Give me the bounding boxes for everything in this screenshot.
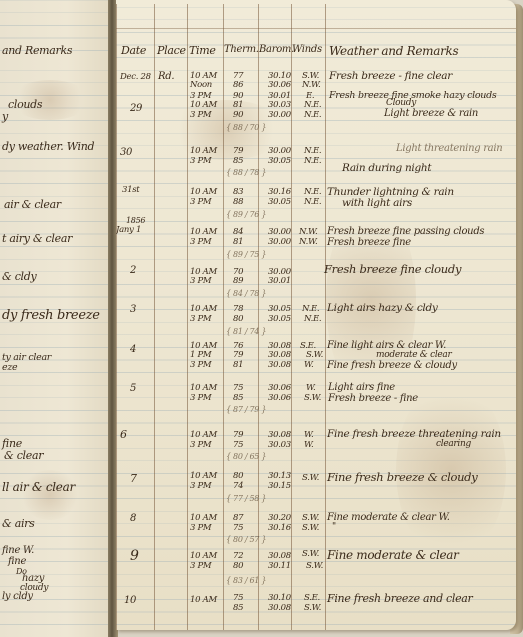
left-heading-fragment: and Remarks (2, 44, 72, 57)
reading-wind: N.W. (299, 238, 317, 247)
reading-wind: N.E. (304, 157, 321, 166)
left-line: y (2, 110, 8, 123)
reading-wind: S.E. (304, 594, 320, 603)
reading-wind: N.E. (304, 188, 321, 197)
entry-remark: Light breeze & rain (384, 108, 478, 119)
header-place: Place (157, 44, 186, 57)
reading-barom: 30.01 (268, 277, 291, 286)
reading-time: 3 PM (190, 198, 211, 207)
entry-date: 10 (124, 596, 136, 605)
reading-therm: 75 (233, 524, 243, 533)
reading-time: 10 AM (190, 431, 217, 440)
entry-remark: with light airs (342, 197, 412, 209)
entry-date: 4 (130, 345, 136, 354)
therm-range: { 88 / 78 } (226, 168, 266, 177)
reading-time: 3 PM (190, 482, 211, 491)
reading-therm: 79 (233, 351, 243, 360)
reading-wind: S.W. (302, 474, 319, 483)
reading-wind: W. (304, 441, 313, 450)
reading-barom: 30.05 (268, 315, 291, 324)
reading-barom: 30.05 (268, 198, 291, 207)
reading-barom: 30.16 (268, 188, 291, 197)
reading-wind: S.W. (302, 550, 319, 559)
entry-remark: Fine fresh breeze & cloudy (327, 470, 477, 484)
reading-wind: W. (306, 384, 315, 393)
reading-therm: 72 (233, 552, 243, 561)
reading-barom: 30.05 (268, 305, 291, 314)
header-date: Date (121, 44, 146, 57)
entry-remark: Light airs hazy & cldy (327, 302, 438, 314)
reading-time: 10 AM (190, 147, 217, 156)
entry-remark: Fine moderate & clear (327, 548, 459, 562)
entry-date: 6 (120, 430, 127, 439)
reading-barom: 30.00 (268, 111, 291, 120)
reading-barom: 30.08 (268, 604, 291, 613)
reading-time: 3 PM (190, 157, 211, 166)
reading-therm: 80 (233, 562, 243, 571)
reading-barom: 30.06 (268, 384, 291, 393)
header-winds: Winds (292, 44, 322, 55)
reading-wind: S.W. (304, 604, 321, 613)
reading-wind: N.E. (304, 111, 321, 120)
reading-time: 3 PM (190, 394, 211, 403)
reading-barom: 30.03 (268, 441, 291, 450)
entry-date: 3 (130, 305, 136, 314)
header-time: Time (189, 44, 216, 57)
entry-remark: Fine fresh breeze and clear (327, 592, 473, 605)
left-line: dy weather. Wind (2, 140, 94, 153)
reading-wind: S.W. (302, 514, 319, 523)
reading-therm: 79 (233, 431, 243, 440)
left-page: and Remarks clouds y dy weather. Wind ai… (0, 0, 112, 637)
reading-therm: 90 (233, 111, 243, 120)
reading-wind: W. (304, 361, 313, 370)
entry-remark: Fresh breeze fine cloudy (324, 262, 461, 276)
reading-wind: W. (304, 431, 313, 440)
reading-therm: 84 (233, 228, 243, 237)
column-rule (325, 4, 326, 630)
reading-barom: 30.15 (268, 482, 291, 491)
reading-wind: N.E. (304, 198, 321, 207)
entry-remark: Fresh breeze - fine (328, 393, 418, 404)
reading-wind: S.W. (302, 524, 319, 533)
entry-date: 9 (130, 552, 139, 561)
left-line: & cldy (2, 270, 36, 283)
reading-wind: N.E. (302, 305, 319, 314)
reading-therm: 79 (233, 147, 243, 156)
reading-barom: 30.13 (268, 472, 291, 481)
entry-date: 8 (130, 514, 136, 523)
entry-date: 29 (130, 104, 142, 113)
entry-remark: moderate & clear (376, 350, 452, 360)
reading-time: 10 AM (190, 384, 217, 393)
reading-therm: 86 (233, 81, 243, 90)
reading-barom: 30.11 (268, 562, 291, 571)
header-remarks: Weather and Remarks (329, 44, 458, 58)
reading-time: 3 PM (190, 238, 211, 247)
reading-time: 10 AM (190, 514, 217, 523)
reading-therm: 80 (233, 472, 243, 481)
reading-therm: 85 (233, 604, 243, 613)
column-rule (116, 4, 117, 630)
reading-therm: 75 (233, 384, 243, 393)
reading-time: 10 AM (190, 305, 217, 314)
entry-remark: clearing (436, 439, 471, 449)
reading-time: 3 PM (190, 315, 211, 324)
entry-remark: Fresh breeze fine passing clouds (327, 226, 484, 237)
entry-remark: Fresh breeze fine (327, 237, 411, 248)
reading-therm: 83 (233, 188, 243, 197)
ledger-spread: and Remarks clouds y dy weather. Wind ai… (0, 0, 523, 637)
therm-range: { 81 / 74 } (226, 327, 266, 336)
reading-time: 10 AM (190, 596, 217, 605)
left-line: dy fresh breeze (2, 308, 100, 323)
reading-barom: 30.10 (268, 594, 291, 603)
entry-date: Jany 1 (116, 226, 141, 235)
reading-barom: 30.20 (268, 514, 291, 523)
reading-time: 3 PM (190, 277, 211, 286)
reading-time: 10 AM (190, 188, 217, 197)
reading-time: 10 AM (190, 228, 217, 237)
reading-time: 10 AM (190, 552, 217, 561)
reading-barom: 30.06 (268, 81, 291, 90)
entry-date: 5 (130, 384, 136, 393)
reading-time: 3 PM (190, 361, 211, 370)
left-line: & clear (4, 449, 43, 462)
entry-remark: Fine fresh breeze threatening rain (327, 428, 501, 440)
reading-barom: 30.16 (268, 524, 291, 533)
entry-remark: Fresh breeze - fine clear (329, 70, 452, 82)
entry-date: 31st (122, 186, 139, 195)
therm-range: { 88 / 70 } (226, 123, 266, 132)
reading-barom: 30.05 (268, 157, 291, 166)
column-rule (187, 4, 188, 630)
reading-wind: N.E. (304, 101, 321, 110)
reading-wind: N.E. (304, 147, 321, 156)
entry-remark: " (332, 522, 336, 532)
entry-date: 7 (130, 474, 137, 483)
reading-barom: 30.08 (268, 351, 291, 360)
reading-wind: N.W. (299, 228, 317, 237)
reading-barom: 30.00 (268, 147, 291, 156)
therm-range: { 89 / 76 } (226, 210, 266, 219)
entry-date: 30 (120, 148, 132, 157)
reading-barom: 30.00 (268, 238, 291, 247)
column-rule (291, 4, 292, 630)
left-line: ll air & clear (2, 480, 75, 494)
entry-remark: Light threatening rain (396, 143, 502, 154)
header-rule (116, 28, 516, 29)
reading-barom: 30.08 (268, 431, 291, 440)
reading-wind: S.W. (304, 394, 321, 403)
reading-therm: 81 (233, 361, 243, 370)
entry-date: Dec. 28 (120, 73, 151, 82)
reading-therm: 85 (233, 394, 243, 403)
left-line: & airs (2, 517, 34, 530)
reading-wind: S.W. (306, 351, 323, 360)
entry-remark: Fine moderate & clear W. (327, 512, 450, 523)
entry-remark: Cloudy (386, 98, 416, 108)
header-therm: Therm. (224, 44, 259, 55)
entry-remark: Rain during night (342, 162, 431, 174)
reading-wind: S.W. (306, 562, 323, 571)
entry-place: Rd. (158, 72, 174, 81)
reading-barom: 30.08 (268, 361, 291, 370)
therm-range: { 80 / 65 } (226, 452, 266, 461)
reading-therm: 75 (233, 441, 243, 450)
reading-therm: 78 (233, 305, 243, 314)
therm-range: { 77 / 58 } (226, 494, 266, 503)
left-line: fine (8, 556, 26, 567)
entry-remark: Fine fresh breeze & cloudy (327, 360, 457, 371)
reading-time: 3 PM (190, 562, 211, 571)
reading-time: 1 PM (190, 351, 211, 360)
left-line: air & clear (4, 198, 61, 211)
reading-therm: 81 (233, 238, 243, 247)
entry-remark: Light airs fine (328, 382, 395, 393)
therm-range: { 87 / 79 } (226, 405, 266, 414)
reading-barom: 30.03 (268, 101, 291, 110)
therm-range: { 80 / 57 } (226, 535, 266, 544)
reading-therm: 80 (233, 315, 243, 324)
column-rule (154, 4, 155, 630)
therm-range: { 83 / 61 } (226, 576, 266, 585)
reading-therm: 87 (233, 514, 243, 523)
left-line: fine W. (2, 545, 34, 556)
right-page: Date Place Time Therm. Barom. Winds Weat… (116, 0, 516, 630)
reading-therm: 81 (233, 101, 243, 110)
reading-therm: 75 (233, 594, 243, 603)
entry-date: 2 (130, 266, 136, 275)
left-line: t airy & clear (2, 232, 72, 245)
reading-therm: 89 (233, 277, 243, 286)
left-line: ly cldy (2, 591, 33, 602)
reading-time: 3 PM (190, 524, 211, 533)
reading-therm: 88 (233, 198, 243, 207)
left-line: eze (2, 362, 17, 373)
reading-time: 3 PM (190, 441, 211, 450)
entry-year: 1856 (126, 216, 145, 225)
reading-time: 10 AM (190, 472, 217, 481)
reading-wind: N.E. (304, 315, 321, 324)
column-rule (223, 4, 224, 630)
header-barom: Barom. (259, 44, 294, 55)
reading-therm: 85 (233, 157, 243, 166)
reading-barom: 30.00 (268, 228, 291, 237)
therm-range: { 84 / 78 } (226, 289, 266, 298)
left-line: clouds (8, 98, 42, 111)
reading-wind: N.W. (302, 81, 320, 90)
reading-therm: 74 (233, 482, 243, 491)
reading-time: 10 AM (190, 101, 217, 110)
reading-barom: 30.06 (268, 394, 291, 403)
reading-time: Noon (190, 81, 212, 90)
therm-range: { 89 / 75 } (226, 250, 266, 259)
reading-barom: 30.08 (268, 552, 291, 561)
reading-time: 3 PM (190, 111, 211, 120)
